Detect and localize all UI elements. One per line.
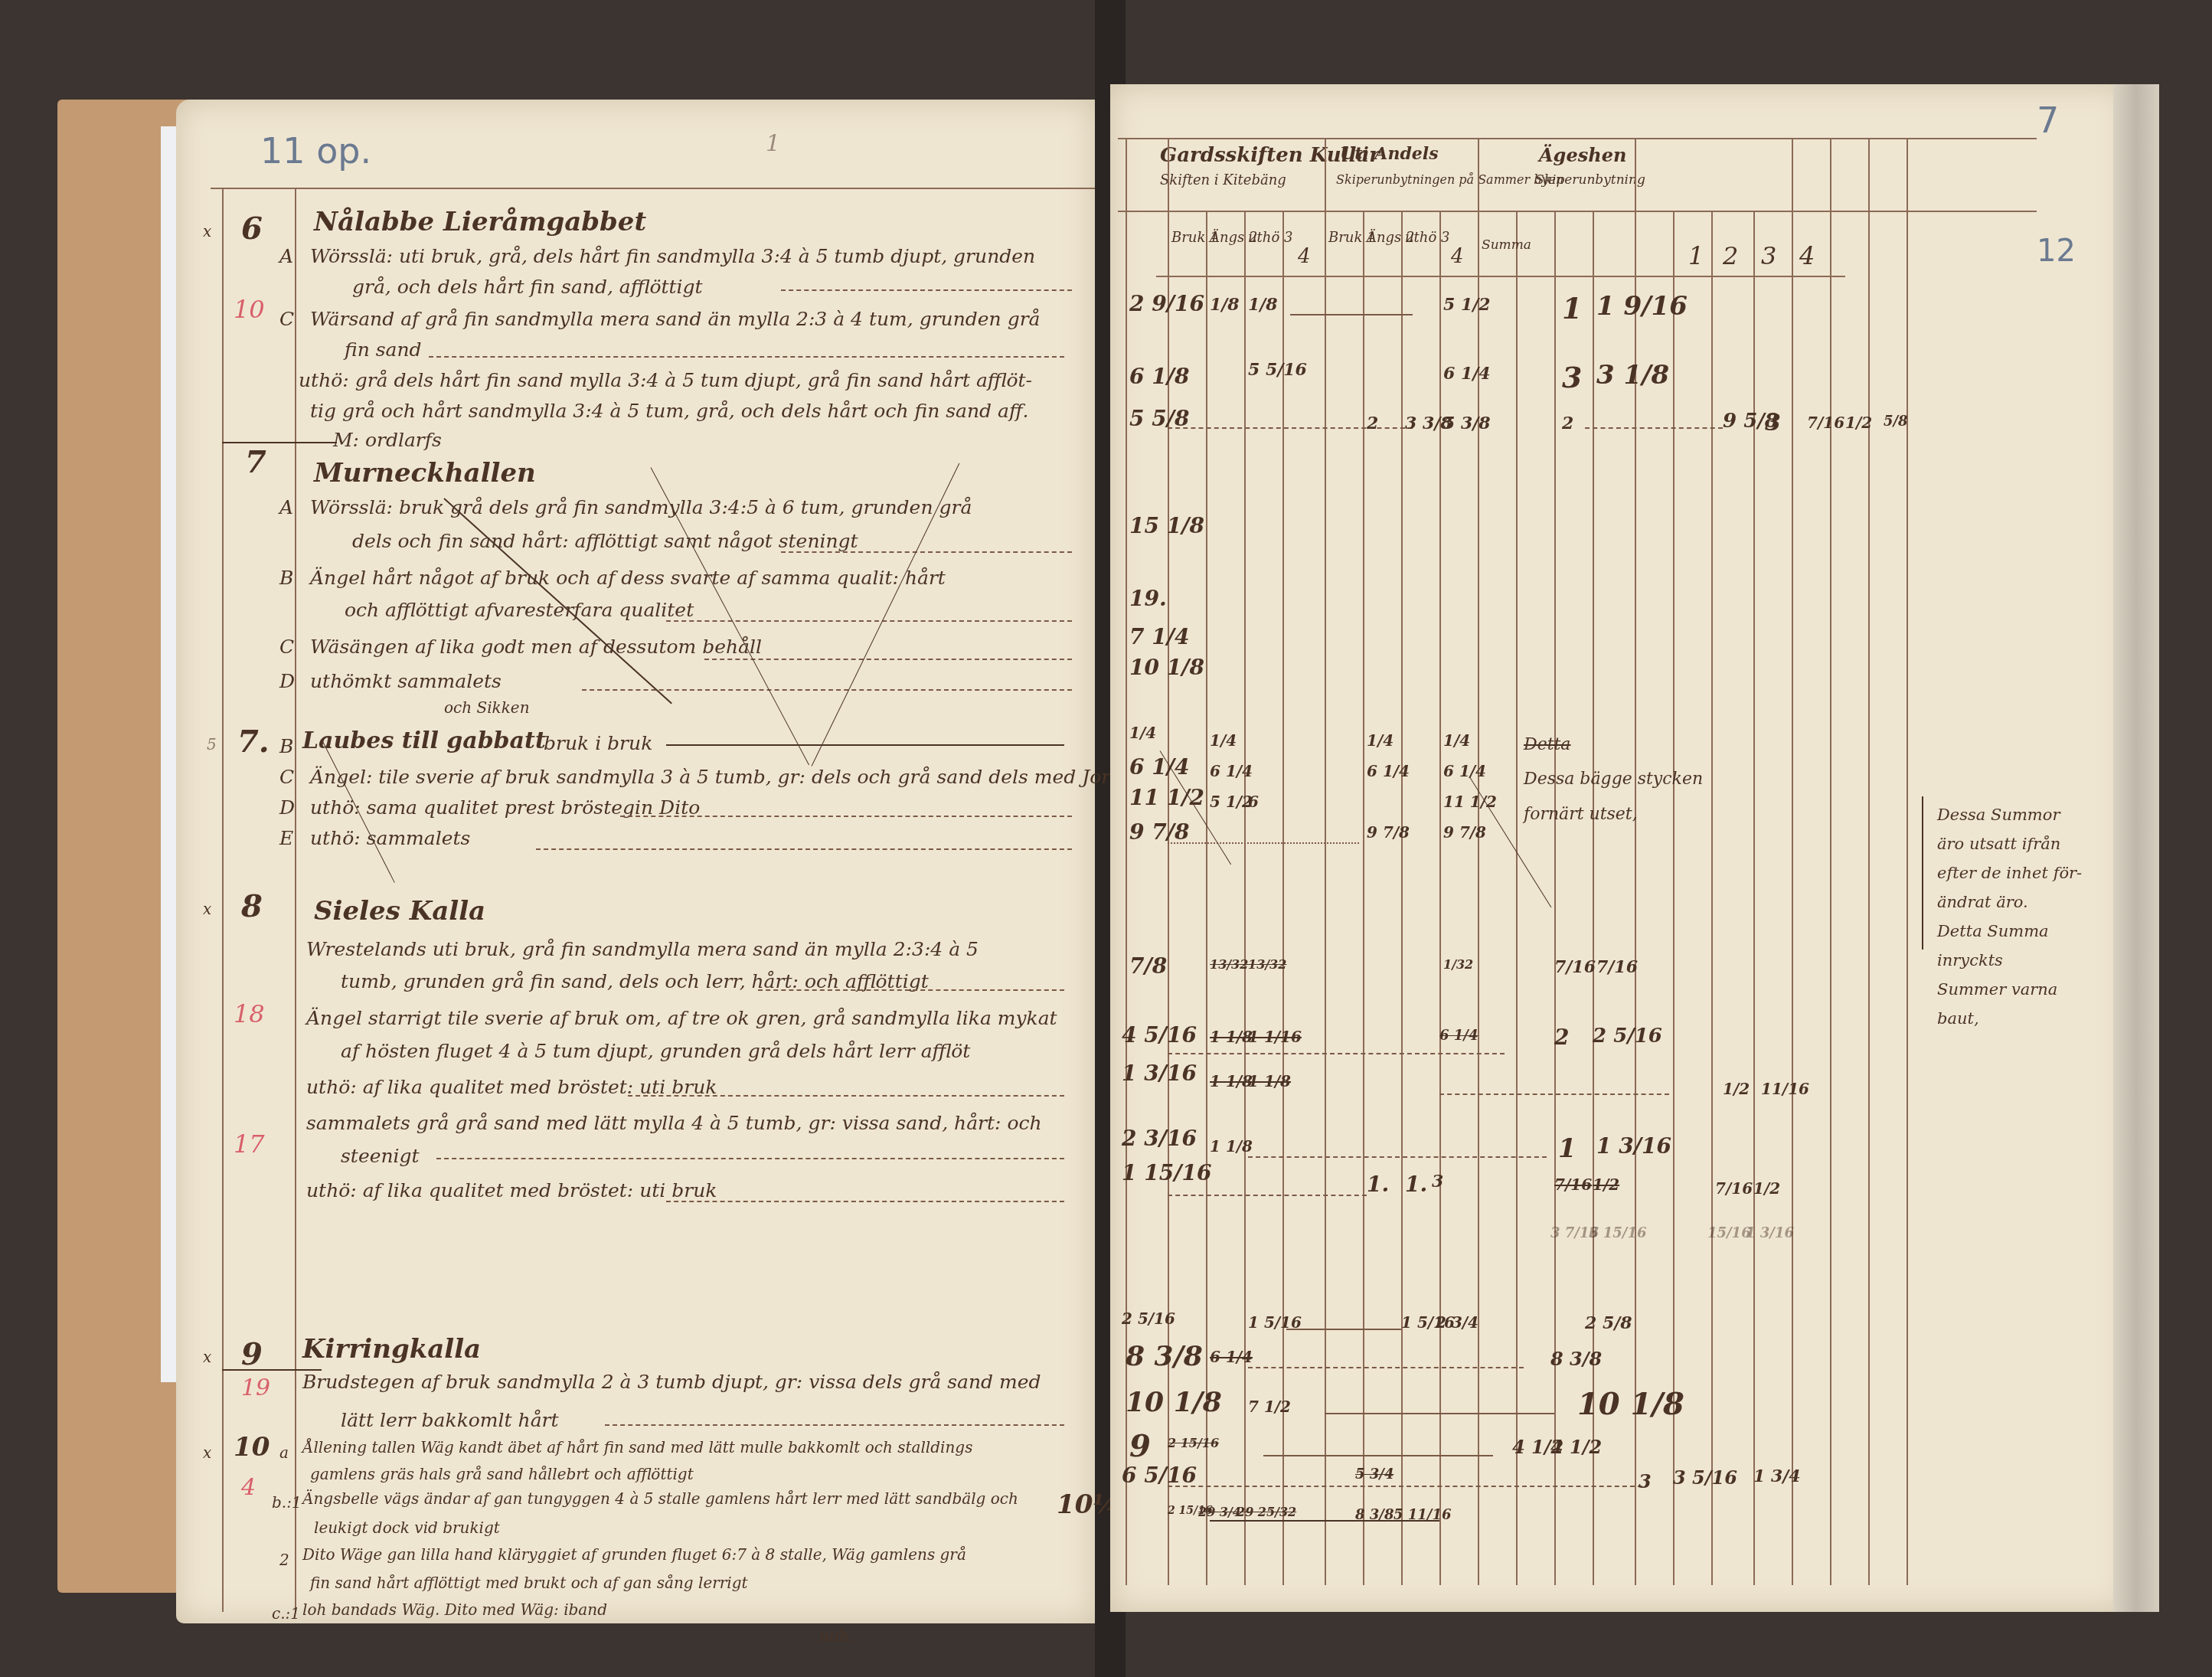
- header-mid-rule: [1118, 211, 2037, 212]
- line-letter: b.:1: [272, 1493, 302, 1512]
- cell: 6 1/4: [1439, 1028, 1478, 1044]
- margin-note: Dessa Summor äro utsatt ifrån efter de i…: [1937, 800, 2082, 1033]
- row-total: 1 3/16: [1122, 1061, 1197, 1086]
- cell: 1/2: [1723, 1080, 1750, 1098]
- entry-line: dels och fin sand hårt: afflöttigt samt …: [352, 530, 858, 552]
- right-page: 7 12 Gardsskiften Kullar Skiften i Kiteb…: [1110, 84, 2129, 1612]
- header-group-subtitle: Skiperunbytning: [1535, 172, 1645, 188]
- dash-leader: [1248, 1156, 1547, 1158]
- row-total: 10 1/8: [1129, 655, 1204, 680]
- dash-leader: [758, 989, 1064, 991]
- cell: 1 1/8: [1248, 1072, 1291, 1090]
- cell: 1.: [1405, 1172, 1427, 1197]
- cell: 5 1/2: [1443, 295, 1491, 315]
- cell: 6 1/4: [1210, 1348, 1253, 1366]
- faint-top-text: 1: [766, 130, 780, 157]
- row-total: 11 1/2: [1129, 785, 1204, 810]
- margin-rule-1: [222, 188, 224, 1612]
- entry-line: steenigt: [341, 1145, 420, 1167]
- cell: 6 1/4: [1443, 364, 1491, 384]
- cell: 1: [1558, 1133, 1576, 1164]
- cell: 2 15/16: [1168, 1436, 1219, 1450]
- dash-leader: [1168, 842, 1359, 844]
- entry-line: Ållening tallen Wäg kandt äbet af hårt f…: [302, 1438, 972, 1456]
- subheader-rule: [1156, 276, 1845, 277]
- row-total: 15 1/8: [1129, 513, 1204, 538]
- dash-leader: [1325, 1413, 1554, 1414]
- cell: 1.: [1367, 1172, 1389, 1197]
- struck-note: Detta: [1524, 735, 1570, 754]
- subheader: 2: [1723, 241, 1738, 270]
- row-total: 10 1/8: [1126, 1386, 1222, 1418]
- entry-line: uthö: sammalets: [310, 827, 470, 849]
- header-group-title: Uti Andels: [1340, 144, 1439, 164]
- left-page: 11 op. 1 x 6 10 Nålabbe Lieråmgabbet A W…: [176, 100, 1095, 1623]
- col-rule: [1401, 211, 1403, 1585]
- col-rule: [1244, 211, 1246, 1585]
- row-total: 6 5/16: [1122, 1463, 1197, 1488]
- dash-leader: [1290, 314, 1413, 315]
- line-letter: E: [279, 827, 293, 849]
- cell: 3: [1765, 410, 1781, 436]
- entry-line: Ängsbelle vägs ändar af gan tungyggen 4 …: [302, 1489, 1018, 1508]
- cell: 9 7/8: [1367, 823, 1410, 842]
- row-total: 2 5/16: [1122, 1309, 1175, 1328]
- entry-line: uthö: af lika qualitet med bröstet: uti …: [306, 1179, 717, 1201]
- cell: 3 5/16: [1673, 1466, 1737, 1489]
- entry-line: Brudstegen af bruk sandmylla 2 à 3 tumb …: [302, 1371, 1041, 1393]
- entry-line: uthö: grå dels hårt fin sand mylla 3:4 à…: [299, 369, 1032, 391]
- entry-marker: x: [203, 1443, 211, 1462]
- cell: 5 3/8: [1443, 414, 1491, 433]
- col-rule: [1792, 138, 1793, 1585]
- cell: 2 5/16: [1593, 1025, 1662, 1048]
- cell: 5 1/2: [1210, 793, 1253, 811]
- cell: 29 3/4: [1198, 1505, 1241, 1519]
- cell: 3: [1562, 360, 1582, 394]
- cell: 7/16: [1596, 957, 1638, 977]
- entry-line: fin sand hårt afflöttigt med brukt och a…: [310, 1574, 748, 1592]
- cell: 1 1/16: [1248, 1028, 1302, 1046]
- entry-number: 6: [241, 211, 263, 247]
- subheader: Summa: [1482, 237, 1531, 253]
- page-edges: [2113, 84, 2159, 1612]
- entry-title: Sieles Kalla: [314, 896, 485, 927]
- dash-leader: [628, 1095, 1064, 1097]
- pencil-mark: 7: [2037, 100, 2059, 141]
- row-total: 6 1/4: [1129, 754, 1189, 780]
- strikethrough: [666, 744, 1064, 746]
- line-letter: A: [279, 496, 293, 518]
- subheader: uthö 3: [1405, 230, 1449, 246]
- cell: 8 3/8: [1550, 1348, 1602, 1370]
- cell: 1/2: [1753, 1179, 1780, 1198]
- entry-line: lätt lerr bakkomlt hårt: [341, 1409, 559, 1431]
- entry-line: Wörsslä: bruk grå dels grå fin sandmylla…: [310, 496, 972, 518]
- dash-leader: [620, 816, 1072, 817]
- dash-leader: [1585, 427, 1723, 429]
- cell: 6 1/4: [1210, 762, 1253, 780]
- row-total: 4 5/16: [1122, 1022, 1197, 1048]
- cell: 3 1/8: [1596, 360, 1669, 391]
- row-note: Dessa bägge stycken fornärt utset,: [1524, 762, 1738, 832]
- subheader: 3: [1761, 241, 1776, 270]
- dash-leader: [1248, 1367, 1524, 1368]
- entry-line: nuh.: [819, 1627, 854, 1646]
- line-letter: B: [279, 567, 293, 589]
- row-total: 2 9/16: [1129, 291, 1204, 316]
- cell: 6 1/4: [1443, 762, 1486, 780]
- entry-title-suffix: bruk i bruk: [544, 732, 652, 754]
- cell: 3: [1639, 1470, 1652, 1492]
- entry-line: M: ordlarfs: [333, 429, 442, 451]
- col-rule: [1711, 211, 1713, 1585]
- cell: 2 5/8: [1585, 1313, 1632, 1333]
- cell: 7/16: [1554, 957, 1596, 977]
- cell: 7/16: [1715, 1179, 1753, 1198]
- col-rule: [1673, 211, 1675, 1585]
- cell: 1/4: [1443, 731, 1470, 750]
- col-rule: [1868, 138, 1870, 1585]
- cell: 1/32: [1443, 957, 1473, 972]
- entry-line: Dito Wäge gan lilla hand kläryggiet af g…: [302, 1545, 966, 1564]
- cell: 13/32: [1248, 957, 1286, 972]
- col-rule: [1363, 211, 1364, 1585]
- margin-rule-2: [295, 188, 296, 1612]
- dash-leader: [704, 659, 1072, 660]
- cell: 29 25/32: [1237, 1505, 1296, 1519]
- col-rule: [1282, 211, 1284, 1585]
- cell: 11/16: [1761, 1080, 1809, 1098]
- entry-line: leukigt dock vid brukigt: [314, 1518, 500, 1537]
- cell: 2 3/4: [1436, 1313, 1478, 1332]
- entry-title: Laubes till gabbatt: [302, 727, 546, 754]
- dash-leader: [666, 1201, 1064, 1202]
- cell: 10 1/8: [1577, 1386, 1684, 1422]
- line-letter: C: [279, 308, 294, 330]
- subheader: uthö 3: [1248, 230, 1292, 246]
- cell: 9 7/8: [1443, 823, 1486, 842]
- dash-leader: [781, 551, 1072, 553]
- row-total: 8 3/8: [1126, 1340, 1203, 1372]
- cell: 1/4: [1367, 731, 1394, 750]
- line-letter: C: [279, 636, 294, 658]
- cell: 5 5/16: [1248, 360, 1307, 380]
- dash-leader: [1168, 1195, 1367, 1196]
- line-letter: a: [279, 1443, 289, 1462]
- row-total: 1/4: [1129, 724, 1156, 742]
- dash-leader: [1168, 1486, 1642, 1487]
- subheader: 1: [1688, 241, 1704, 270]
- cell: 1/2: [1593, 1175, 1619, 1194]
- entry-line: Ängel: tile sverie af bruk sandmylla 3 à…: [310, 766, 1119, 788]
- pencil-page-mark: 11 op.: [260, 130, 371, 172]
- col-rule: [1635, 138, 1636, 1585]
- entry-marker: x: [203, 1348, 211, 1366]
- entry-line: Wörsslä: uti bruk, grå, dels hårt fin sa…: [310, 245, 1035, 267]
- entry-line: gamlens gräs hals grå sand hållebrt och …: [310, 1465, 694, 1483]
- dash-leader: [666, 620, 1072, 622]
- col-rule: [1516, 211, 1518, 1585]
- cell: 7/16: [1807, 414, 1844, 432]
- line-letter: D: [279, 670, 295, 692]
- red-count: 4: [241, 1474, 256, 1501]
- dash-leader: [536, 848, 1072, 850]
- entry-line: Wrestelands uti bruk, grå fin sandmylla …: [306, 938, 979, 960]
- entry-marker: x: [203, 222, 211, 240]
- dash-leader: [429, 356, 1064, 358]
- row-total: 7/8: [1129, 953, 1167, 979]
- red-count: 19: [241, 1375, 270, 1401]
- sum-rule: [1210, 1520, 1439, 1522]
- cell: 2: [1554, 1025, 1569, 1050]
- cell: 1/4: [1210, 731, 1237, 750]
- entry-number: 7: [245, 444, 266, 480]
- cell: 1 3/4: [1753, 1466, 1801, 1486]
- faint-cell: 3 15/16: [1589, 1225, 1646, 1241]
- row-total: 7 1/4: [1129, 624, 1189, 649]
- dash-leader: [1439, 1093, 1669, 1095]
- cell: 1 1/8: [1210, 1137, 1253, 1156]
- line-letter: A: [279, 245, 293, 267]
- entry-line: Wäsängen af lika godt men af dessutom be…: [310, 636, 762, 658]
- entry-line: fin sand: [345, 338, 422, 361]
- col-rule: [1907, 138, 1908, 1585]
- entry-title: Murneckhallen: [314, 458, 536, 489]
- col-rule: [1830, 138, 1831, 1585]
- cell: 1: [1562, 291, 1582, 325]
- cell: 1 1/8: [1210, 1072, 1253, 1090]
- entry-line: uthömkt sammalets: [310, 670, 502, 692]
- entry-title: Kirringkalla: [302, 1334, 481, 1365]
- header-group-title: Ägeshen: [1539, 144, 1626, 166]
- col-rule: [1554, 211, 1556, 1585]
- entry-title: Nålabbe Lieråmgabbet: [314, 207, 646, 237]
- subheader: 4: [1799, 241, 1815, 270]
- row-total: 9: [1129, 1428, 1151, 1464]
- entry-number: 9: [241, 1336, 263, 1372]
- cell: 1 9/16: [1596, 291, 1688, 322]
- entry-number: 10: [234, 1432, 270, 1463]
- subheader: 4: [1298, 245, 1311, 268]
- cell: 6: [1248, 793, 1259, 811]
- cell: 1/8: [1210, 295, 1240, 315]
- dash-leader: [1286, 1329, 1401, 1330]
- margin-brace: [1922, 796, 1923, 950]
- pencil-mark: 12: [2037, 234, 2076, 269]
- entry-line: sammalets grå grå sand med lätt mylla 4 …: [306, 1112, 1042, 1134]
- header-group-subtitle: Skiften i Kitebäng: [1160, 172, 1286, 188]
- entry-line: Ängel hårt något af bruk och af dess sva…: [310, 567, 946, 589]
- line-letter: c.:1: [272, 1604, 300, 1623]
- line-letter: 2: [279, 1551, 289, 1569]
- cell: 6 1/4: [1367, 762, 1410, 780]
- entry-marker: 5: [207, 735, 217, 754]
- cell: 1 3/16: [1596, 1133, 1671, 1159]
- cell: 1 1/8: [1210, 1028, 1253, 1046]
- faint-cell: 15/16: [1707, 1225, 1751, 1241]
- cell: 1/2: [1845, 414, 1872, 432]
- section-divider-7: [222, 442, 337, 443]
- line-letter: D: [279, 796, 295, 819]
- entry-line: loh bandads Wäg. Dito med Wäg: iband: [302, 1600, 607, 1619]
- dash-leader: [781, 289, 1072, 291]
- cell: 13/32: [1210, 957, 1248, 972]
- header-group-subtitle: Skiperunbytningen på Sammer byen: [1336, 172, 1563, 187]
- cell: 4 1/2: [1550, 1436, 1602, 1458]
- cell: 1/8: [1248, 295, 1278, 315]
- entry-line: och Sikken: [444, 698, 530, 717]
- line-letter: B: [279, 735, 293, 757]
- entry-marker: x: [203, 900, 211, 918]
- dash-leader: [436, 1158, 1064, 1159]
- cell: 7/16: [1554, 1175, 1592, 1194]
- cell: 5/8: [1884, 414, 1908, 430]
- header-top-rule: [1118, 138, 2037, 139]
- line-letter: C: [279, 766, 294, 788]
- col-rule: [1206, 211, 1207, 1585]
- cell: 5 3/4: [1355, 1466, 1394, 1482]
- row-total: 2 3/16: [1122, 1126, 1197, 1151]
- subheader: 4: [1451, 245, 1464, 268]
- row-total: 19.: [1129, 586, 1167, 611]
- entry-line: och afflöttigt afvaresterfara qualitet: [345, 599, 694, 621]
- cell: 2: [1367, 414, 1378, 433]
- entry-number: 8: [241, 888, 263, 924]
- cell: 3: [1432, 1172, 1443, 1192]
- red-count: 17: [234, 1129, 265, 1159]
- entry-line: grå, och dels hårt fin sand, afflöttigt: [352, 276, 703, 298]
- entry-line: af hösten fluget 4 à 5 tum djupt, grunde…: [341, 1040, 970, 1062]
- red-count: 18: [234, 999, 265, 1028]
- dash-leader: [1263, 1455, 1493, 1456]
- dash-leader: [1168, 1053, 1505, 1054]
- dash-leader: [605, 1424, 1064, 1426]
- entry-number: 7.: [237, 724, 270, 760]
- faint-cell: 1 3/16: [1746, 1225, 1794, 1241]
- cell: 7 1/2: [1248, 1397, 1291, 1416]
- top-rule: [211, 188, 1095, 189]
- row-total: 9 7/8: [1129, 819, 1189, 845]
- row-total: 6 1/8: [1129, 364, 1189, 389]
- cell: 2: [1562, 414, 1573, 433]
- entry-line: tig grå och hårt sandmylla 3:4 à 5 tum, …: [310, 400, 1029, 422]
- entry-line: Ängel starrigt tile sverie af bruk om, a…: [306, 1007, 1057, 1029]
- col-rule: [1593, 211, 1594, 1585]
- row-total: 1 15/16: [1122, 1160, 1211, 1185]
- entry-line: Wärsand af grå fin sandmylla mera sand ä…: [310, 308, 1041, 330]
- red-count: 10: [234, 295, 265, 324]
